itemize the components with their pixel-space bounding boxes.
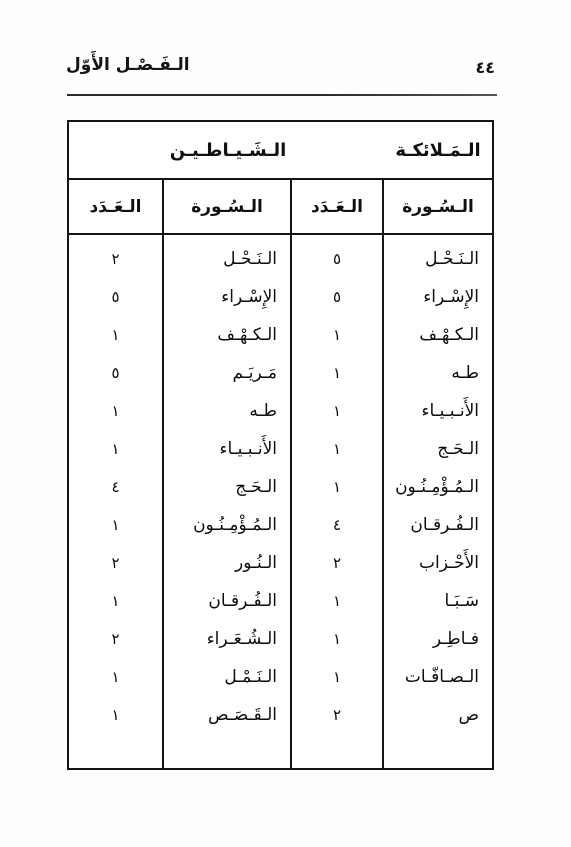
count-cell: ٥ <box>69 354 162 392</box>
count-cell: ٤ <box>69 468 162 506</box>
surah-cell: الـكـهْـف <box>384 316 492 354</box>
surah-cell: الـمُـؤْمِـنُـون <box>384 468 492 506</box>
group-title-angels: الـمَـلائكـة <box>384 122 492 178</box>
surah-cell: الـحَـج <box>164 468 290 506</box>
surah-cell: الـنَـمْـل <box>164 658 290 696</box>
surah-cell: الـنُـور <box>164 544 290 582</box>
count-cell: ٥ <box>292 278 382 316</box>
group-header-row: الـمَـلائكـة الـشَـيـاطـيـن <box>69 122 492 180</box>
count-cell: ٥ <box>69 278 162 316</box>
chapter-title: الـفَـصْـل الأَوّل <box>66 55 190 75</box>
surah-cell: الـحَـج <box>384 430 492 468</box>
count-cell: ١ <box>69 430 162 468</box>
count-cell: ١ <box>292 658 382 696</box>
devils-surah-column: الـنَـحْـل الإِسْـراء الـكـهْـف مَـريَـم… <box>164 235 292 768</box>
group-header-spacer <box>292 122 384 178</box>
running-head: ٤٤ الـفَـصْـل الأَوّل <box>0 0 571 100</box>
surah-cell: فـاطِـر <box>384 620 492 658</box>
devils-surah-header: الـسُـورة <box>164 180 292 233</box>
devils-count-column: ٢ ٥ ١ ٥ ١ ١ ٤ ١ ٢ ١ ٢ ١ ١ <box>69 235 164 768</box>
angels-surah-header: الـسُـورة <box>384 180 492 233</box>
angels-count-header: الـعَـدَد <box>292 180 384 233</box>
count-cell: ١ <box>292 620 382 658</box>
count-cell: ١ <box>292 354 382 392</box>
surah-cell: الـمُـؤْمِـنُـون <box>164 506 290 544</box>
surah-cell: الـفُـرقـان <box>164 582 290 620</box>
surah-cell: الـصـافّـات <box>384 658 492 696</box>
surah-cell: الأَحْـزاب <box>384 544 492 582</box>
surah-cell: سَـبَـا <box>384 582 492 620</box>
surah-count-table: الـمَـلائكـة الـشَـيـاطـيـن الـسُـورة ال… <box>67 120 494 770</box>
angels-count-column: ٥ ٥ ١ ١ ١ ١ ١ ٤ ٢ ١ ١ ١ ٢ <box>292 235 384 768</box>
column-header-row: الـسُـورة الـعَـدَد الـسُـورة الـعَـدَد <box>69 180 492 235</box>
surah-cell: الـنَـحْـل <box>384 240 492 278</box>
count-cell: ١ <box>69 696 162 734</box>
count-cell: ١ <box>69 658 162 696</box>
surah-cell: الـشُـعَـراء <box>164 620 290 658</box>
surah-cell: الـكـهْـف <box>164 316 290 354</box>
group-header-spacer <box>69 122 164 178</box>
count-cell: ١ <box>69 506 162 544</box>
count-cell: ١ <box>69 316 162 354</box>
group-title-devils: الـشَـيـاطـيـن <box>164 122 292 178</box>
count-cell: ١ <box>292 392 382 430</box>
header-rule <box>67 94 497 96</box>
count-cell: ١ <box>69 582 162 620</box>
surah-cell: الإِسْـراء <box>164 278 290 316</box>
count-cell: ٤ <box>292 506 382 544</box>
surah-cell: طـه <box>384 354 492 392</box>
surah-cell: ص <box>384 696 492 734</box>
count-cell: ٥ <box>292 240 382 278</box>
count-cell: ١ <box>292 468 382 506</box>
surah-cell: الـفُـرقـان <box>384 506 492 544</box>
surah-cell: الأَنـبـيـاء <box>384 392 492 430</box>
devils-count-header: الـعَـدَد <box>69 180 164 233</box>
count-cell: ٢ <box>69 240 162 278</box>
count-cell: ٢ <box>292 696 382 734</box>
surah-cell: طـه <box>164 392 290 430</box>
surah-cell: مَـريَـم <box>164 354 290 392</box>
count-cell: ١ <box>69 392 162 430</box>
surah-cell: الإِسْـراء <box>384 278 492 316</box>
book-page: ٤٤ الـفَـصْـل الأَوّل الـمَـلائكـة الـشَ… <box>0 0 571 847</box>
count-cell: ١ <box>292 430 382 468</box>
count-cell: ١ <box>292 316 382 354</box>
count-cell: ٢ <box>292 544 382 582</box>
table-body: الـنَـحْـل الإِسْـراء الـكـهْـف طـه الأَ… <box>69 235 492 768</box>
surah-cell: الـقَـصَـص <box>164 696 290 734</box>
angels-surah-column: الـنَـحْـل الإِسْـراء الـكـهْـف طـه الأَ… <box>384 235 492 768</box>
count-cell: ١ <box>292 582 382 620</box>
count-cell: ٢ <box>69 544 162 582</box>
page-number: ٤٤ <box>475 58 495 77</box>
count-cell: ٢ <box>69 620 162 658</box>
surah-cell: الأَنـبـيـاء <box>164 430 290 468</box>
surah-cell: الـنَـحْـل <box>164 240 290 278</box>
